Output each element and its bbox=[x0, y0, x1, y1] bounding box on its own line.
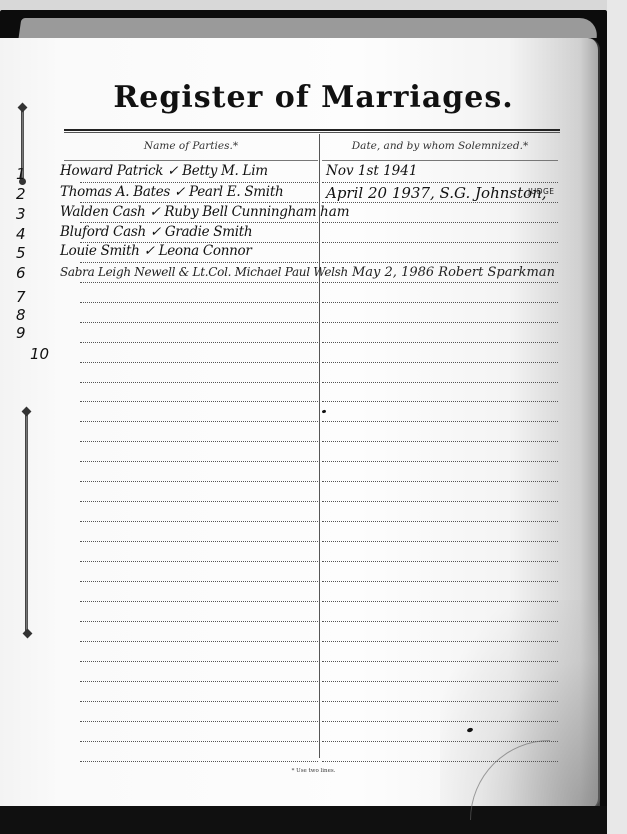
row-number: 4 bbox=[16, 225, 38, 243]
dotted-line-date bbox=[322, 322, 558, 323]
row-number: 2 bbox=[16, 185, 38, 203]
dotted-line-date bbox=[322, 501, 558, 502]
dotted-line-date bbox=[322, 202, 558, 203]
dotted-line-date bbox=[322, 621, 558, 622]
dotted-line-date bbox=[322, 681, 558, 682]
entry-parties: Howard Patrick ✓ Betty M. Lim bbox=[60, 163, 268, 179]
entry-parties: Sabra Leigh Newell & Lt.Col. Michael Pau… bbox=[60, 265, 348, 279]
dotted-line-names bbox=[80, 481, 318, 482]
dotted-line-date bbox=[322, 641, 558, 642]
dotted-line-names bbox=[80, 282, 318, 283]
dotted-line-names bbox=[80, 202, 318, 203]
row-number: 1 bbox=[16, 165, 38, 183]
dotted-line-names bbox=[80, 362, 318, 363]
entry-overflow: ham bbox=[320, 204, 350, 220]
dotted-line-date bbox=[322, 401, 558, 402]
dotted-line-names bbox=[80, 601, 318, 602]
dotted-line-names bbox=[80, 322, 318, 323]
header-rule-right bbox=[322, 160, 558, 161]
entry-parties: Walden Cash ✓ Ruby Bell Cunningham bbox=[60, 204, 316, 220]
column-divider bbox=[319, 134, 320, 758]
row-number: 8 bbox=[16, 306, 38, 324]
row-number: 10 bbox=[30, 345, 52, 363]
dotted-line-date bbox=[322, 461, 558, 462]
row-number: 6 bbox=[16, 264, 38, 282]
dotted-line-names bbox=[80, 262, 318, 263]
dotted-line-date bbox=[322, 382, 558, 383]
margin-ornament-bottom bbox=[25, 412, 28, 634]
dotted-line-names bbox=[80, 521, 318, 522]
dotted-line-date bbox=[322, 701, 558, 702]
row-number: 9 bbox=[16, 324, 38, 342]
entry-parties: Bluford Cash ✓ Gradie Smith bbox=[60, 224, 252, 240]
entry-date: Nov 1st 1941 bbox=[326, 163, 417, 179]
page-title: Register of Marriages. bbox=[0, 80, 627, 115]
dotted-line-date bbox=[322, 182, 558, 183]
dotted-line-names bbox=[80, 222, 318, 223]
row-number: 5 bbox=[16, 244, 38, 262]
entry-date: May 2, 1986 Robert Sparkman bbox=[352, 265, 555, 280]
dotted-line-date bbox=[322, 342, 558, 343]
dotted-line-names bbox=[80, 561, 318, 562]
dotted-line-names bbox=[80, 421, 318, 422]
header-rule-left bbox=[64, 160, 318, 161]
column-header-date: Date, and by whom Solemnized.* bbox=[320, 140, 560, 152]
dotted-line-date bbox=[322, 581, 558, 582]
dotted-line-names bbox=[80, 461, 318, 462]
dotted-line-names bbox=[80, 182, 318, 183]
dotted-line-date bbox=[322, 262, 558, 263]
column-header-names: Name of Parties.* bbox=[64, 140, 318, 152]
dotted-line-names bbox=[80, 382, 318, 383]
dotted-line-date bbox=[322, 242, 558, 243]
entry-parties: Louie Smith ✓ Leona Connor bbox=[60, 243, 252, 259]
dotted-line-names bbox=[80, 621, 318, 622]
dotted-line-names bbox=[80, 501, 318, 502]
register-page bbox=[0, 38, 600, 808]
dotted-line-date bbox=[322, 741, 558, 742]
dotted-line-date bbox=[322, 302, 558, 303]
dotted-line-date bbox=[322, 441, 558, 442]
dotted-line-names bbox=[80, 721, 318, 722]
officiant-title: JUDGE bbox=[528, 187, 555, 196]
dotted-line-names bbox=[80, 661, 318, 662]
dotted-line-date bbox=[322, 601, 558, 602]
title-rule-thin bbox=[64, 132, 560, 133]
title-rule bbox=[64, 129, 560, 131]
scan-top-border bbox=[0, 0, 627, 10]
dotted-line-names bbox=[80, 681, 318, 682]
dotted-line-date bbox=[322, 521, 558, 522]
row-number: 7 bbox=[16, 288, 38, 306]
dotted-line-names bbox=[80, 581, 318, 582]
footnote: * Use two lines. bbox=[0, 768, 627, 774]
dotted-line-date bbox=[322, 661, 558, 662]
row-number: 3 bbox=[16, 205, 38, 223]
underlying-page-edge bbox=[19, 18, 600, 38]
dotted-line-names bbox=[80, 401, 318, 402]
dotted-line-names bbox=[80, 741, 318, 742]
entry-parties: Thomas A. Bates ✓ Pearl E. Smith bbox=[60, 184, 283, 200]
dotted-line-names bbox=[80, 302, 318, 303]
dotted-line-date bbox=[322, 421, 558, 422]
dotted-line-date bbox=[322, 541, 558, 542]
dotted-line-date bbox=[322, 222, 558, 223]
dotted-line-date bbox=[322, 481, 558, 482]
dotted-line-names bbox=[80, 641, 318, 642]
entry-date: April 20 1937, S.G. Johnston, bbox=[326, 184, 547, 202]
dotted-line-names bbox=[80, 761, 318, 762]
dotted-line-names bbox=[80, 342, 318, 343]
dotted-line-date bbox=[322, 561, 558, 562]
dotted-line-names bbox=[80, 541, 318, 542]
dotted-line-date bbox=[322, 721, 558, 722]
dotted-line-names bbox=[80, 701, 318, 702]
dotted-line-date bbox=[322, 362, 558, 363]
scan-right-border bbox=[607, 0, 627, 834]
dotted-line-names bbox=[80, 441, 318, 442]
dotted-line-date bbox=[322, 282, 558, 283]
